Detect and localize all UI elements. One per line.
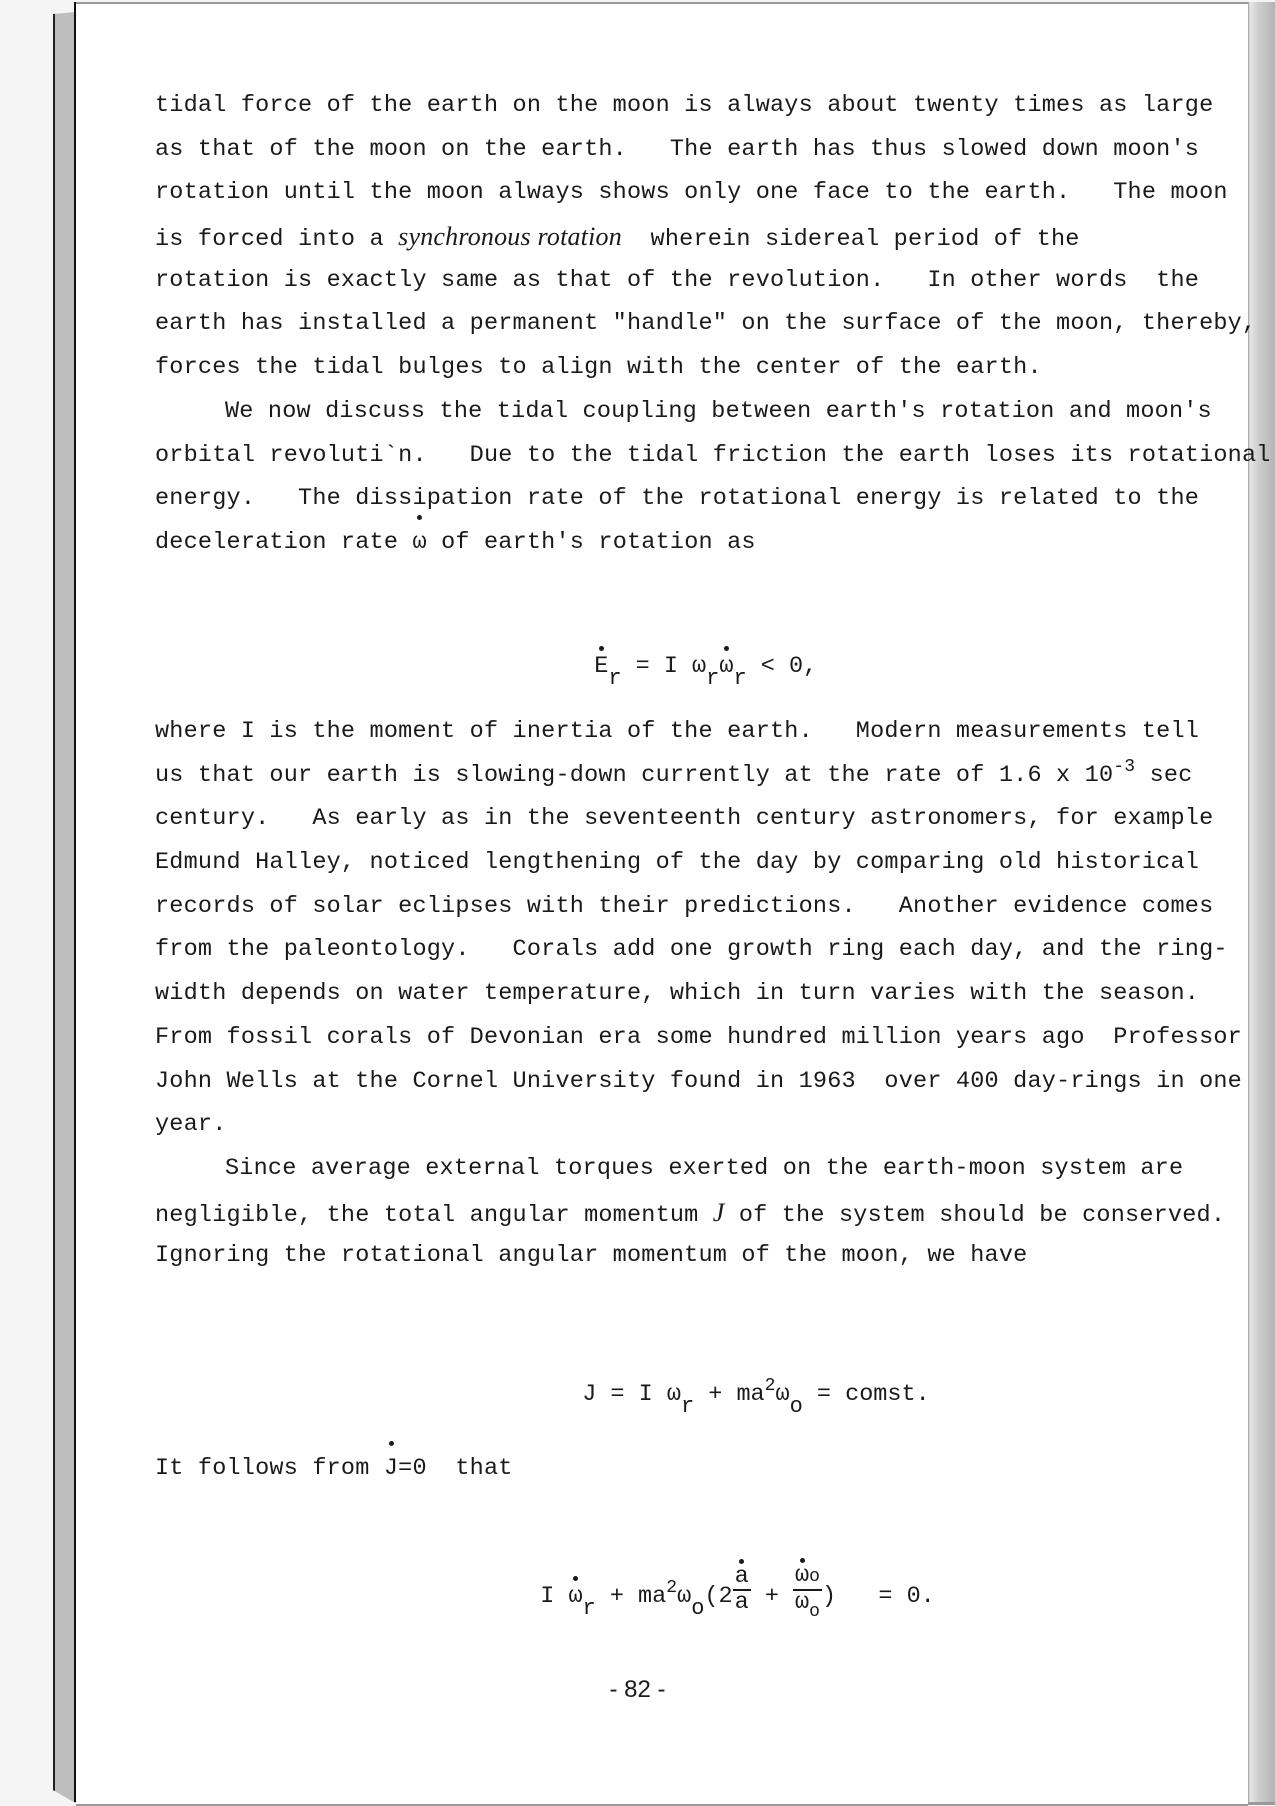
eq-symbol: J = I ω	[582, 1381, 681, 1408]
eq-symbol: = comst.	[803, 1381, 930, 1408]
text-line: from the paleontology. Corals add one gr…	[155, 928, 1265, 972]
text-line: is forced into a synchronous rotation wh…	[155, 215, 1265, 259]
text-line: rotation until the moon always shows onl…	[155, 171, 1265, 215]
eq-subscript: r	[733, 666, 746, 691]
text-line: earth has installed a permanent "handle"…	[155, 302, 1265, 346]
text-span: us that our earth is slowing-down curren…	[155, 762, 1113, 789]
eq-symbol: ω	[568, 1582, 582, 1612]
text-span: is forced into a	[155, 226, 398, 253]
eq-symbol: ω	[775, 1381, 789, 1408]
text-span: sec	[1135, 762, 1192, 789]
text-line: tidal force of the earth on the moon is …	[155, 84, 1265, 128]
text-line: Edmund Halley, noticed lengthening of th…	[155, 841, 1265, 885]
text-line: energy. The dissipation rate of the rota…	[155, 477, 1265, 521]
eq-symbol: ω	[677, 1583, 691, 1610]
eq-symbol: < 0,	[747, 653, 818, 680]
omega-dot-symbol: ω	[412, 521, 426, 565]
text-span: of the system should be conserved.	[725, 1202, 1226, 1229]
eq-subscript: r	[706, 666, 719, 691]
text-line: We now discuss the tidal coupling betwee…	[155, 390, 1265, 434]
text-span: deceleration rate	[155, 529, 412, 556]
equation-angular-momentum: J = I ωr + ma2ωo = comst.	[554, 1350, 930, 1411]
eq-symbol: ω	[692, 653, 706, 680]
eq-symbol: E	[594, 652, 608, 682]
eq-subscript: o	[790, 1394, 803, 1419]
text-line: Ignoring the rotational angular momentum…	[155, 1234, 1265, 1278]
text-line: as that of the moon on the earth. The ea…	[155, 128, 1265, 172]
text-line: From fossil corals of Devonian era some …	[155, 1016, 1265, 1060]
text-line: deceleration rate ω of earth's rotation …	[155, 521, 1265, 565]
eq-subscript: r	[583, 1596, 596, 1621]
text-line: us that our earth is slowing-down curren…	[155, 754, 1265, 798]
text-line: forces the tidal bulges to align with th…	[155, 346, 1265, 390]
eq-symbol: + ma	[596, 1583, 667, 1610]
frac-denominator: a	[733, 1591, 751, 1615]
text-line: orbital revoluti`n. Due to the tidal fri…	[155, 434, 1265, 478]
eq-superscript: 2	[765, 1376, 776, 1396]
text-line: year.	[155, 1103, 1265, 1147]
frac-numerator: a	[735, 1565, 749, 1589]
equation-energy-rate: Er = I ωrωr < 0,	[566, 622, 817, 682]
eq-superscript: 2	[666, 1578, 677, 1598]
text-span: wherein sidereal period of the	[622, 226, 1080, 253]
eq-subscript: o	[809, 1602, 820, 1622]
text-line: It follows from J=0 that	[155, 1447, 1265, 1491]
text-line: Since average external torques exerted o…	[155, 1147, 1265, 1191]
text-span: It follows from	[155, 1455, 384, 1482]
text-line: records of solar eclipses with their pre…	[155, 885, 1265, 929]
eq-symbol: + ma	[694, 1381, 765, 1408]
text-line: John Wells at the Cornel University foun…	[155, 1060, 1265, 1104]
eq-symbol: +	[751, 1583, 793, 1610]
frac-numerator: ω	[795, 1564, 809, 1588]
eq-subscript: o	[691, 1596, 704, 1621]
eq-symbol: = I	[622, 653, 693, 680]
text-span: =0 that	[398, 1455, 512, 1482]
text-line: century. As early as in the seventeenth …	[155, 797, 1265, 841]
eq-subscript: r	[681, 1394, 694, 1419]
equation-derivative: I ωr + ma2ωo(2aa + ωoωo) = 0.	[512, 1540, 935, 1622]
eq-symbol: I	[540, 1583, 568, 1610]
text-line: negligible, the total angular momentum J…	[155, 1191, 1265, 1235]
eq-symbol: ) = 0.	[822, 1583, 935, 1610]
frac-denominator: ω	[795, 1589, 809, 1616]
eq-symbol: (2	[704, 1583, 732, 1610]
text-span: negligible, the total angular momentum	[155, 1202, 713, 1229]
italic-term: synchronous rotation	[398, 222, 622, 251]
eq-symbol: ω	[719, 652, 733, 682]
eq-subscript: o	[809, 1567, 820, 1587]
eq-subscript: r	[608, 666, 621, 691]
text-line: rotation is exactly same as that of the …	[155, 259, 1265, 303]
text-span: of earth's rotation as	[427, 529, 756, 556]
page-number: - 82 -	[0, 1676, 1275, 1704]
text-line: where I is the moment of inertia of the …	[155, 710, 1265, 754]
j-dot-symbol: J	[384, 1447, 398, 1491]
page-body: tidal force of the earth on the moon is …	[155, 84, 1265, 565]
italic-symbol: J	[713, 1198, 725, 1227]
exponent: -3	[1113, 757, 1135, 777]
fraction-omega: ωoωo	[793, 1564, 822, 1616]
fraction-a: aa	[733, 1565, 751, 1615]
page-body-2: where I is the moment of inertia of the …	[155, 710, 1265, 1278]
page-body-3: It follows from J=0 that	[155, 1447, 1265, 1491]
text-line: width depends on water temperature, whic…	[155, 972, 1265, 1016]
